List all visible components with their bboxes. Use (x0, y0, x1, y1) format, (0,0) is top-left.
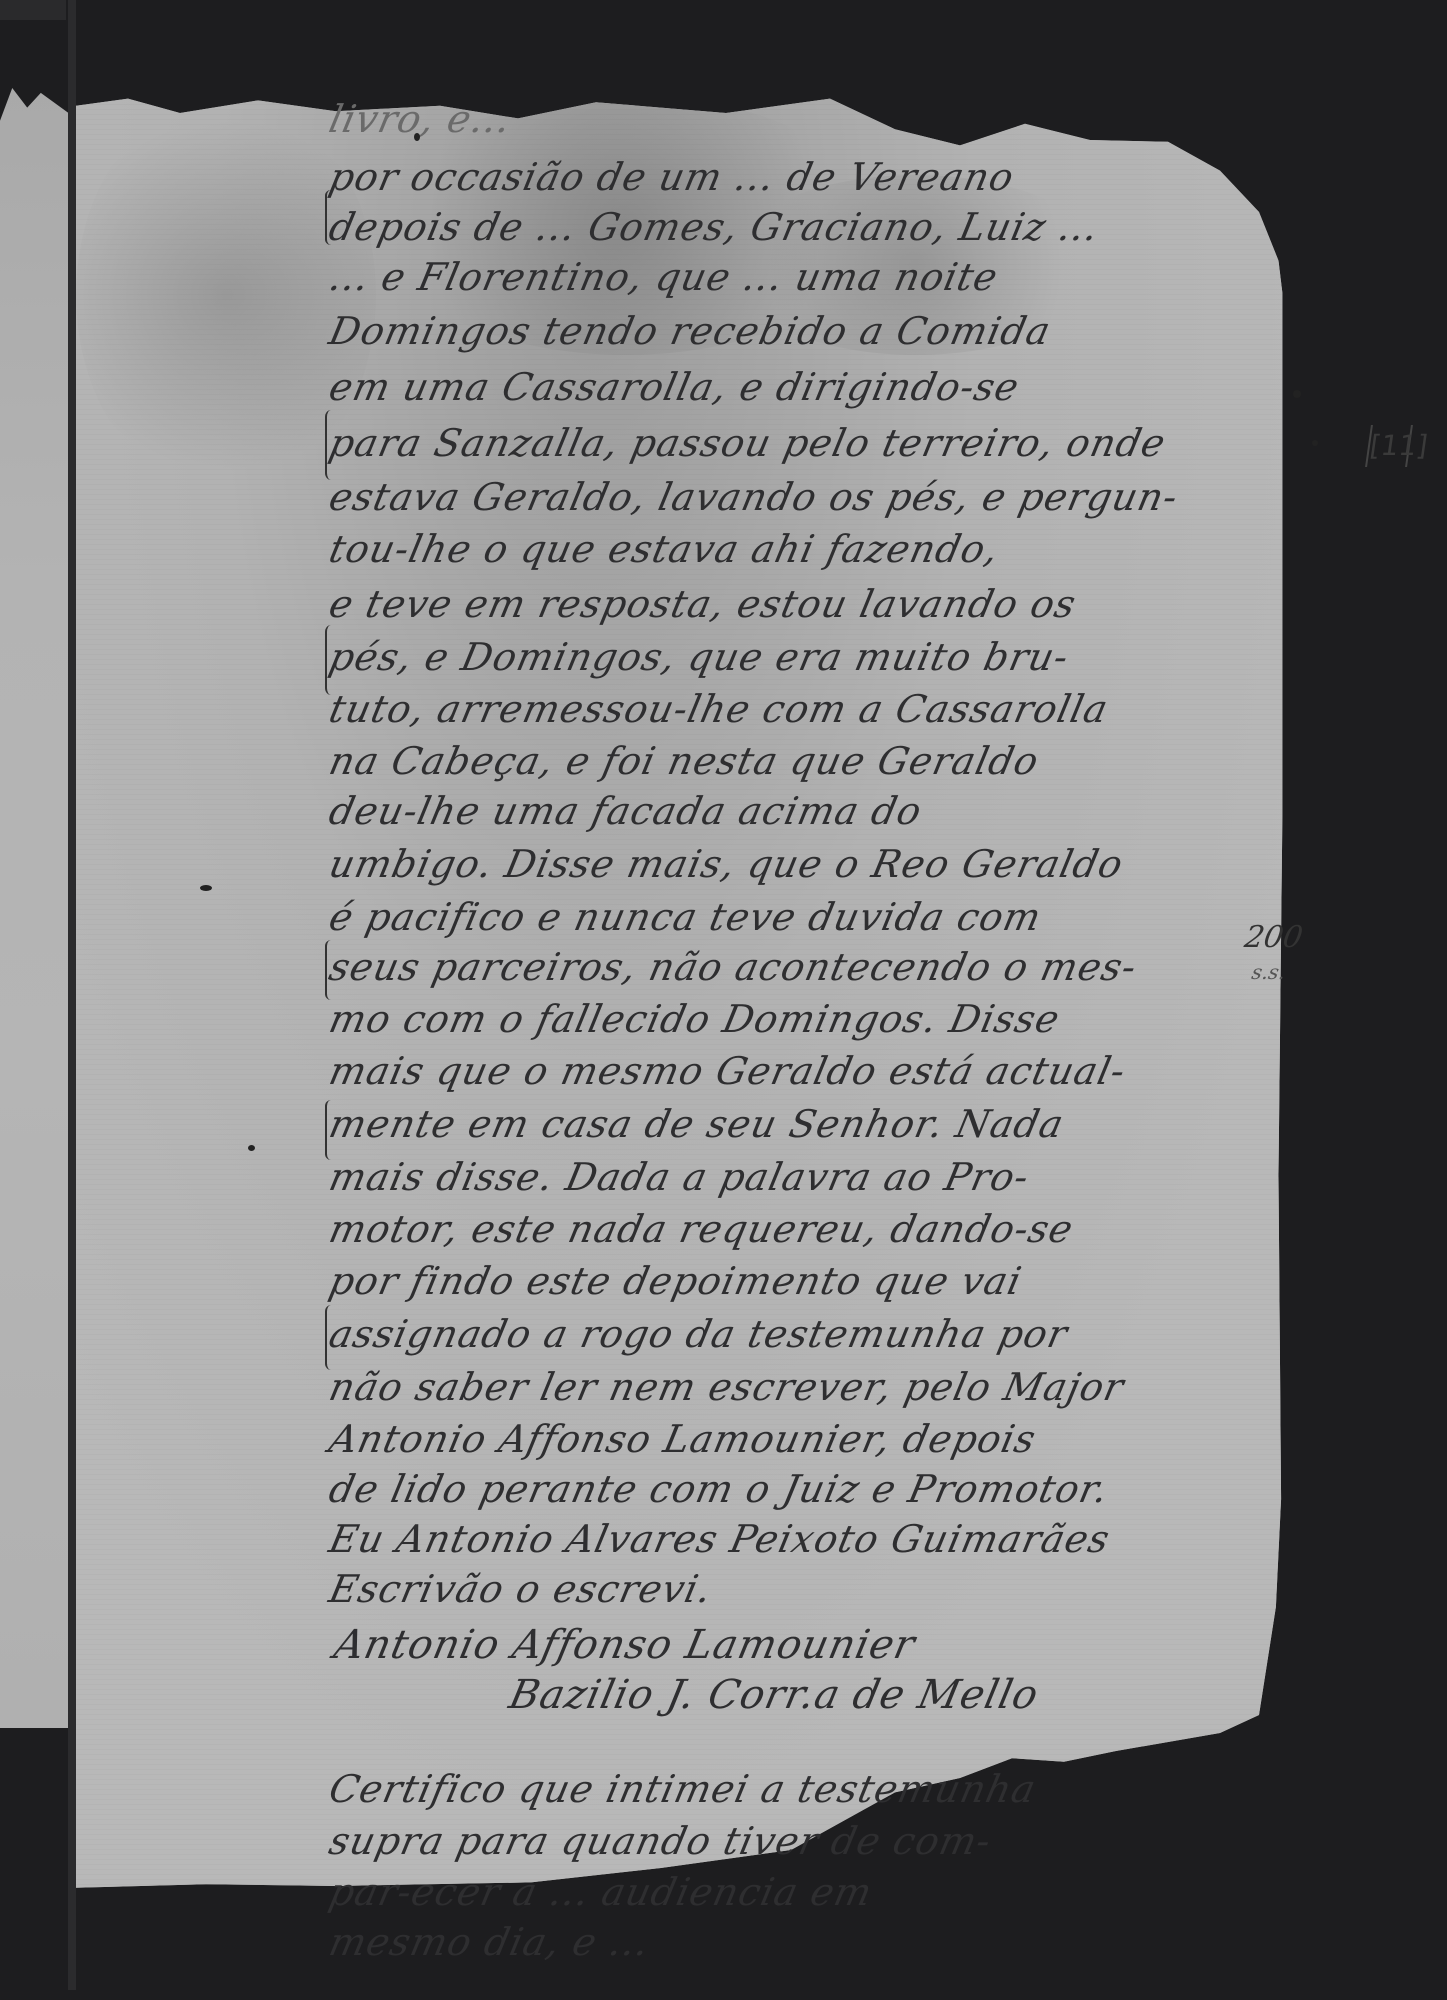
text-line: estava Geraldo, lavando os pés, e pergun… (326, 478, 1182, 516)
scan-frame-tab (0, 0, 66, 20)
text-line: mais disse. Dada a palavra ao Pro- (326, 1158, 1033, 1196)
text-line: motor, este nada requereu, dando-se (326, 1210, 1077, 1248)
text-line: livro, e... (326, 100, 515, 138)
ink-blot (1312, 440, 1318, 446)
text-line: por occasião de um ... de Vereano (326, 158, 1018, 196)
margin-bracket (325, 625, 337, 695)
text-line: tuto, arremessou-lhe com a Cassarolla (326, 690, 1112, 728)
text-line: mesmo dia, e ... (326, 1923, 653, 1961)
text-line: por findo este depoimento que vai (326, 1262, 1025, 1300)
ink-blot (1293, 390, 1301, 398)
text-line: na Cabeça, e foi nesta que Geraldo (326, 742, 1043, 780)
signature-witness-proxy: Antonio Affonso Lamounier (331, 1625, 919, 1665)
text-line: par-ecer a ... audiencia em (326, 1873, 876, 1911)
text-line: umbigo. Disse mais, que o Reo Geraldo (326, 845, 1127, 883)
text-line: é pacifico e nunca teve duvida com (326, 898, 1045, 936)
text-line: mo com o fallecido Domingos. Disse (326, 1000, 1064, 1038)
text-line: depois de ... Gomes, Graciano, Luiz ... (326, 208, 1102, 246)
text-line: seus parceiros, não acontecendo o mes- (326, 948, 1140, 986)
text-line: Domingos tendo recebido a Comida (326, 312, 1054, 350)
text-line: de lido perante com o Juiz e Promotor. (326, 1470, 1112, 1508)
text-line: supra para quando tiver de com- (326, 1822, 995, 1860)
text-line: tou-lhe o que estava ahi fazendo, (326, 530, 1003, 568)
margin-bracket (325, 1305, 337, 1370)
margin-bracket (325, 410, 337, 480)
text-line: pés, e Domingos, que era muito bru- (326, 638, 1072, 676)
ink-blot (248, 1145, 255, 1151)
text-line: não saber ler nem escrever, pelo Major (326, 1368, 1128, 1406)
ink-blot (200, 885, 212, 891)
folio-number: [11] (1365, 425, 1413, 467)
text-line: deu-lhe uma facada acima do (326, 792, 925, 830)
margin-note-amount: 200 (1242, 920, 1305, 955)
text-line: Certifico que intimei a testemunha (326, 1770, 1040, 1808)
text-line: assignado a rogo da testemunha por (326, 1315, 1071, 1353)
text-line: em uma Cassarolla, e dirigindo-se (326, 368, 1023, 406)
adjacent-page-edge (0, 88, 68, 1728)
text-line: para Sanzalla, passou pelo terreiro, ond… (326, 424, 1169, 462)
text-line: Eu Antonio Alvares Peixoto Guimarães (326, 1520, 1113, 1558)
text-line: e teve em resposta, estou lavando os (326, 585, 1080, 623)
margin-bracket (325, 1100, 337, 1160)
text-line: mente em casa de seu Senhor. Nada (326, 1105, 1067, 1143)
text-line: Antonio Affonso Lamounier, depois (326, 1420, 1040, 1458)
binding-gutter (68, 0, 76, 1990)
margin-note-abbrev: s.s. (1250, 960, 1287, 984)
ink-blot (414, 133, 420, 141)
text-line: mais que o mesmo Geraldo está actual- (326, 1052, 1129, 1090)
signature-judge: Bazilio J. Corr.a de Mello (506, 1675, 1042, 1715)
margin-bracket (325, 190, 337, 245)
text-line: ... e Florentino, que ... uma noite (326, 258, 1002, 296)
margin-bracket (325, 940, 337, 1000)
text-line: Escrivão o escrevi. (326, 1570, 716, 1608)
